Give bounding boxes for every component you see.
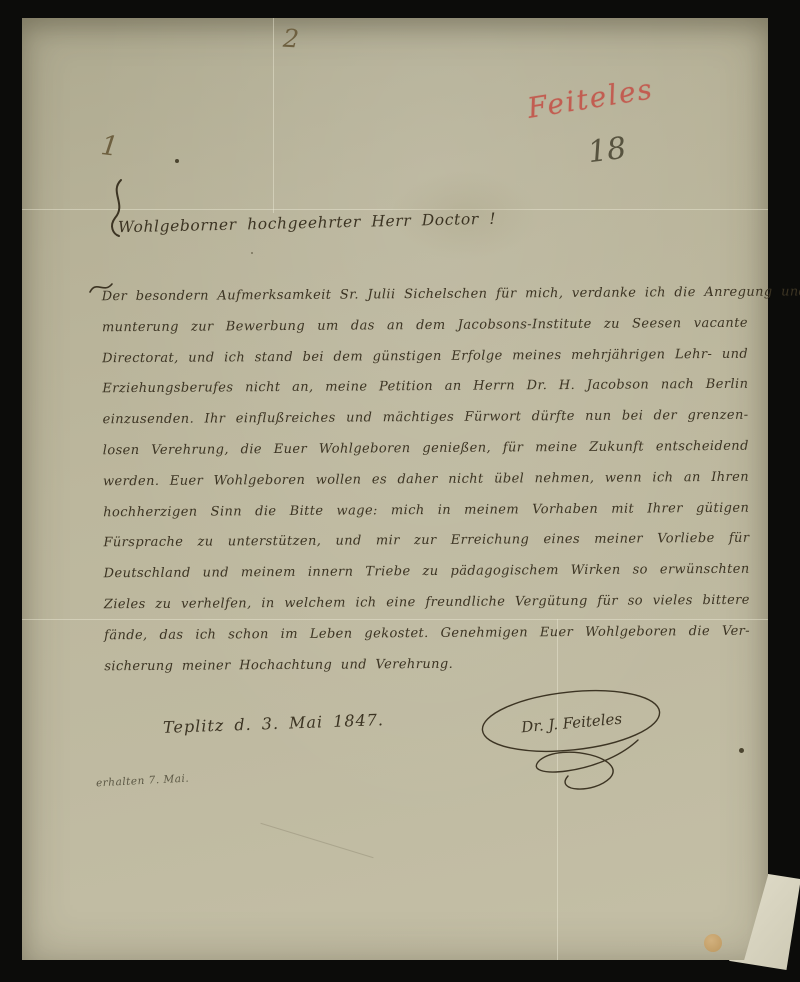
signature-block: Dr. J. Feiteles — [476, 686, 666, 800]
scanned-letter-page: 2 Feiteles 18 1 Wohlgeborner hochgeehrte… — [0, 0, 800, 982]
ink-speck — [739, 748, 744, 753]
body-line: Fürsprache zu unterstützen, und mir zur … — [103, 524, 749, 559]
letter-body: Der besondern Aufmerksamkeit Sr. Julii S… — [102, 278, 751, 683]
page-number-top: 2 — [282, 24, 299, 54]
ink-speck — [251, 252, 253, 254]
body-line: Zieles zu verhelfen, in welchem ich eine… — [104, 586, 750, 621]
ink-speck — [175, 159, 179, 163]
body-line: munterung zur Bewerbung um das an dem Ja… — [102, 309, 748, 344]
body-line: Deutschland und meinem innern Triebe zu … — [104, 555, 750, 590]
body-line: Directorat, und ich stand bei dem günsti… — [102, 339, 748, 374]
body-line: Der besondern Aufmerksamkeit Sr. Julii S… — [102, 278, 748, 313]
body-line: losen Verehrung, die Euer Wohlgeboren ge… — [103, 432, 749, 467]
body-line: Erziehungsberufes nicht an, meine Petiti… — [102, 370, 748, 405]
fold-crease-vertical-top — [273, 18, 274, 213]
signature-text: Dr. J. Feiteles — [520, 710, 623, 737]
pencil-number-annotation: 18 — [586, 131, 628, 170]
body-line: hochherzigen Sinn die Bitte wage: mich i… — [103, 493, 749, 528]
signature-flourish-oval: Dr. J. Feiteles — [476, 686, 666, 796]
body-line: werden. Euer Wohlgeboren wollen es daher… — [103, 463, 749, 498]
archive-sticker-dot — [704, 934, 722, 952]
body-line: einzusenden. Ihr einflußreiches und mäch… — [102, 401, 748, 436]
body-line: fände, das ich schon im Leben gekostet. … — [104, 617, 750, 652]
body-line: sicherung meiner Hochachtung und Verehru… — [104, 647, 750, 682]
